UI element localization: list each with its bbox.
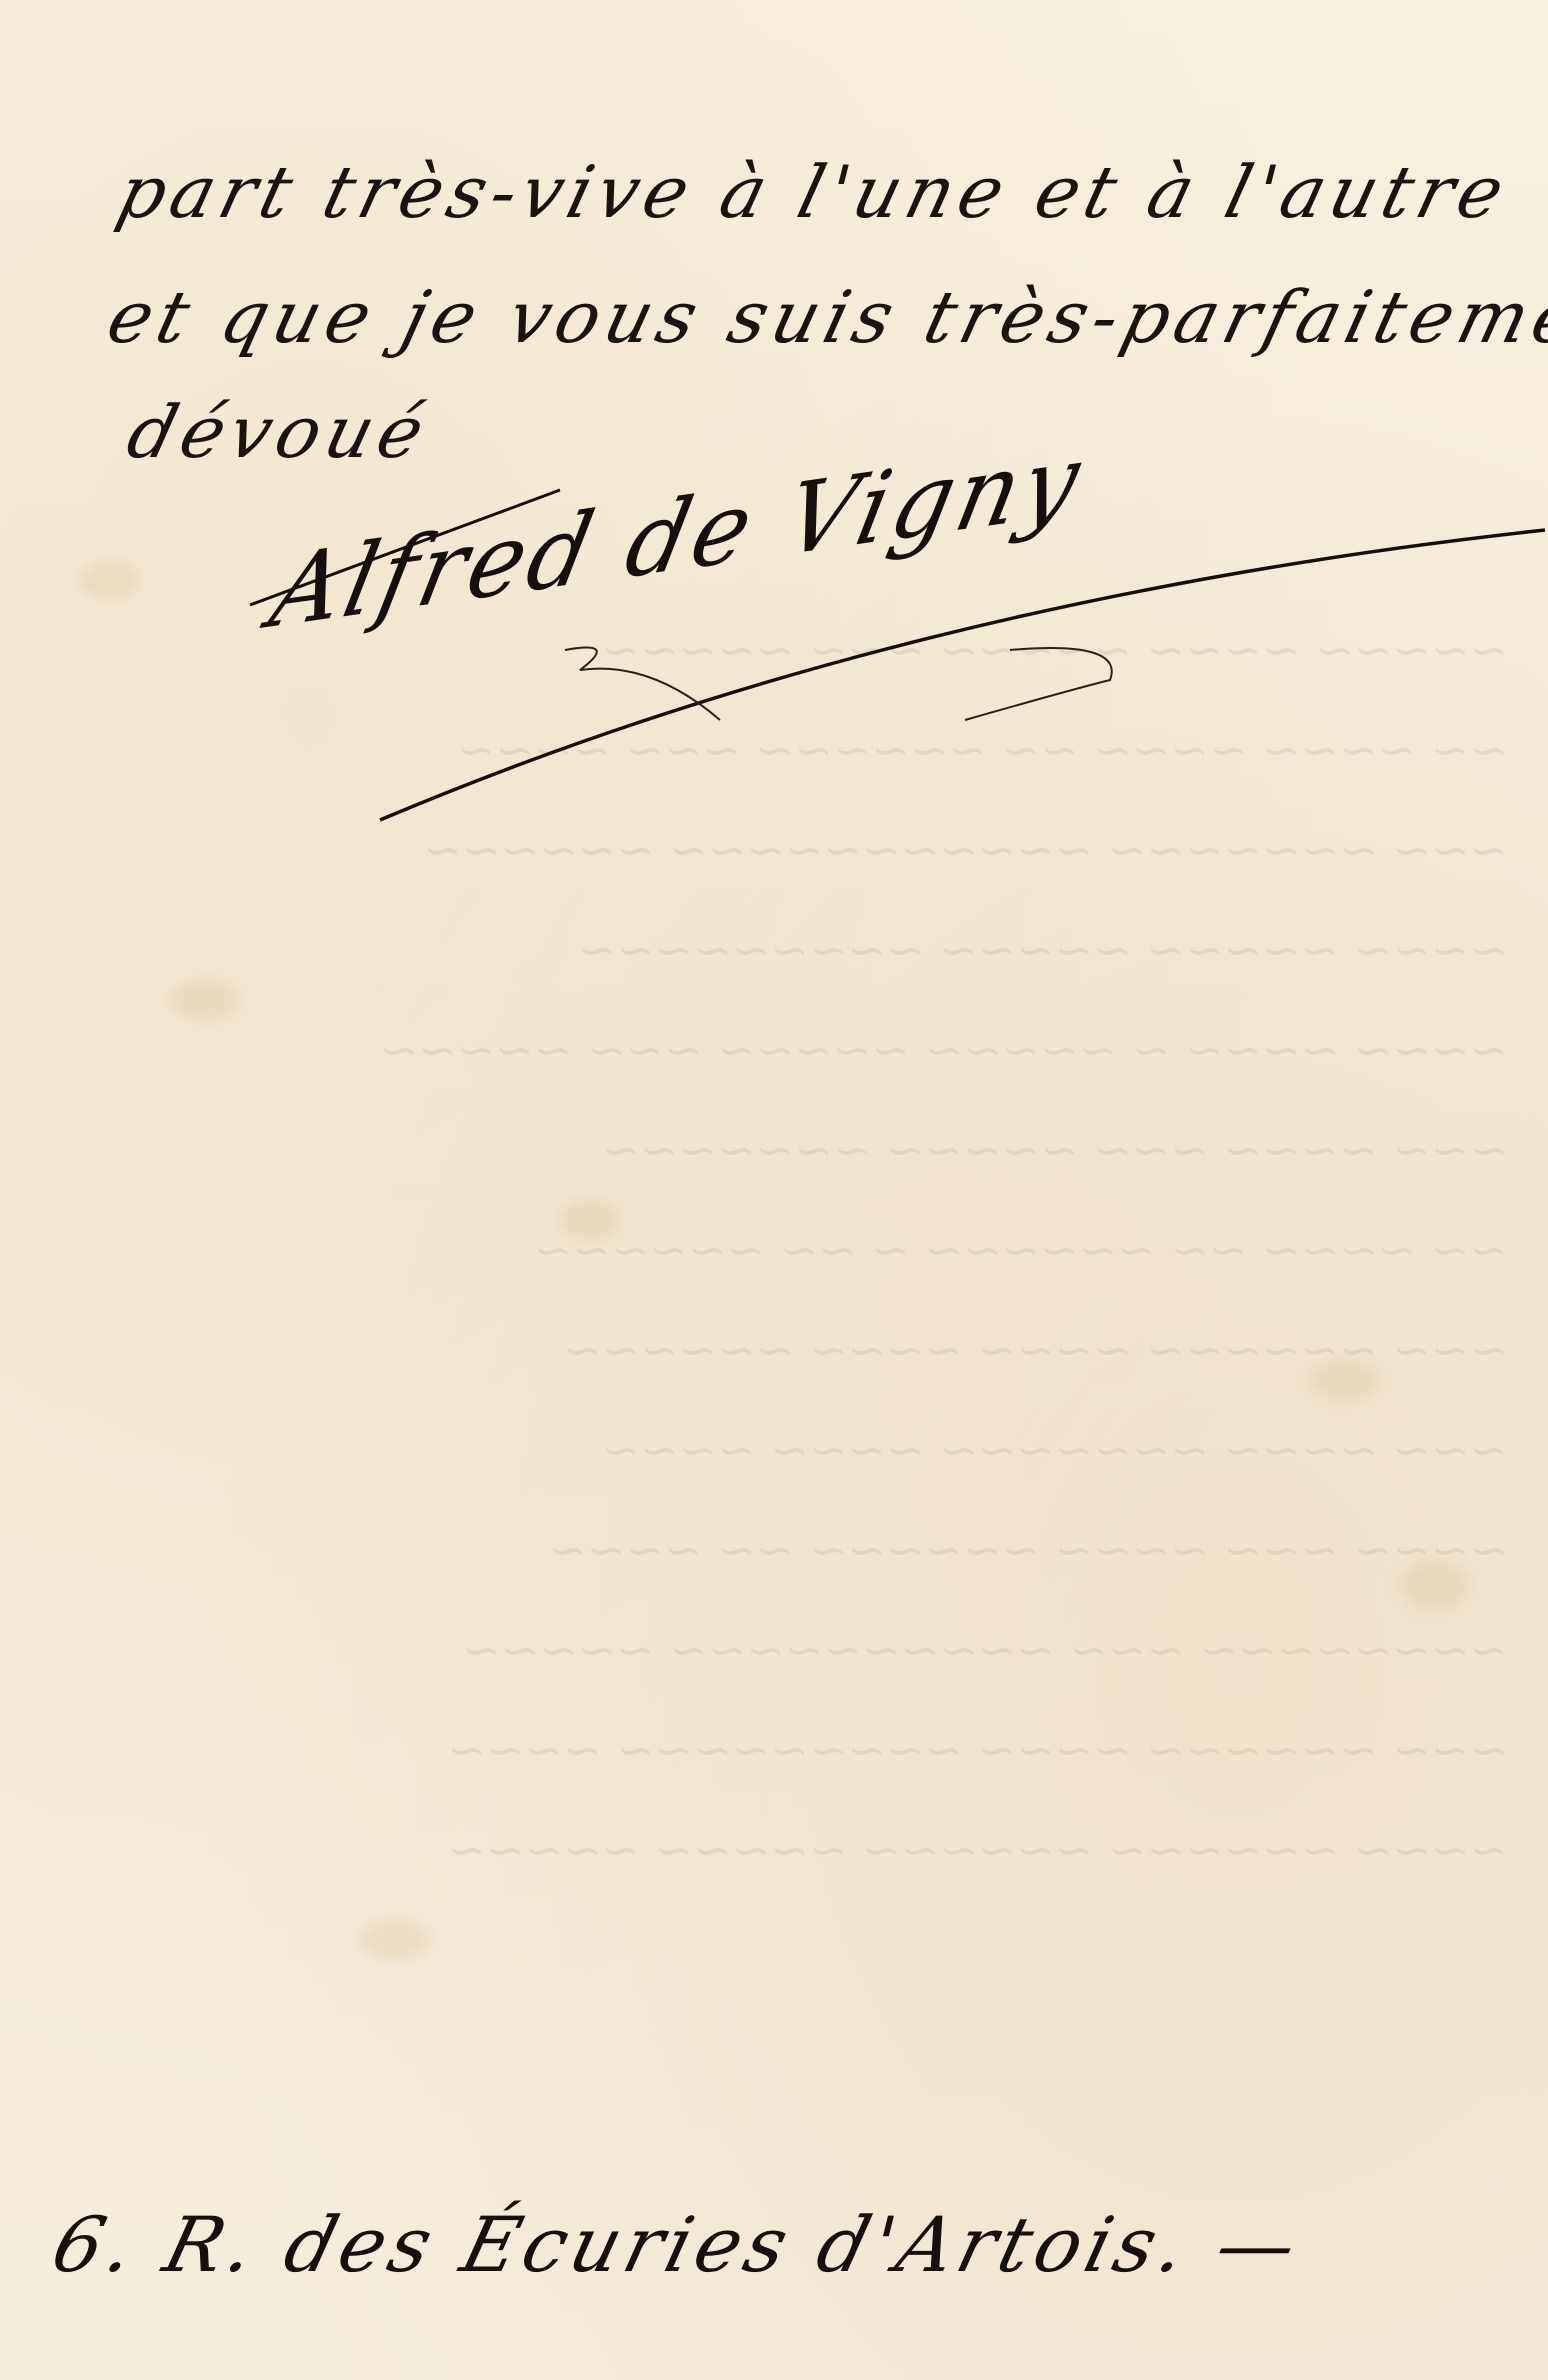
paper-stain — [360, 1920, 430, 1960]
letter-page: ~~~~~ ~~~~ ~~~~~ ~~~ ~~~~~ ~~ ~~~~ ~~~~ … — [0, 0, 1548, 2380]
signature-flourish — [0, 0, 1548, 900]
address-line: 6. R. des Écuries d'Artois. — — [44, 2200, 1311, 2289]
